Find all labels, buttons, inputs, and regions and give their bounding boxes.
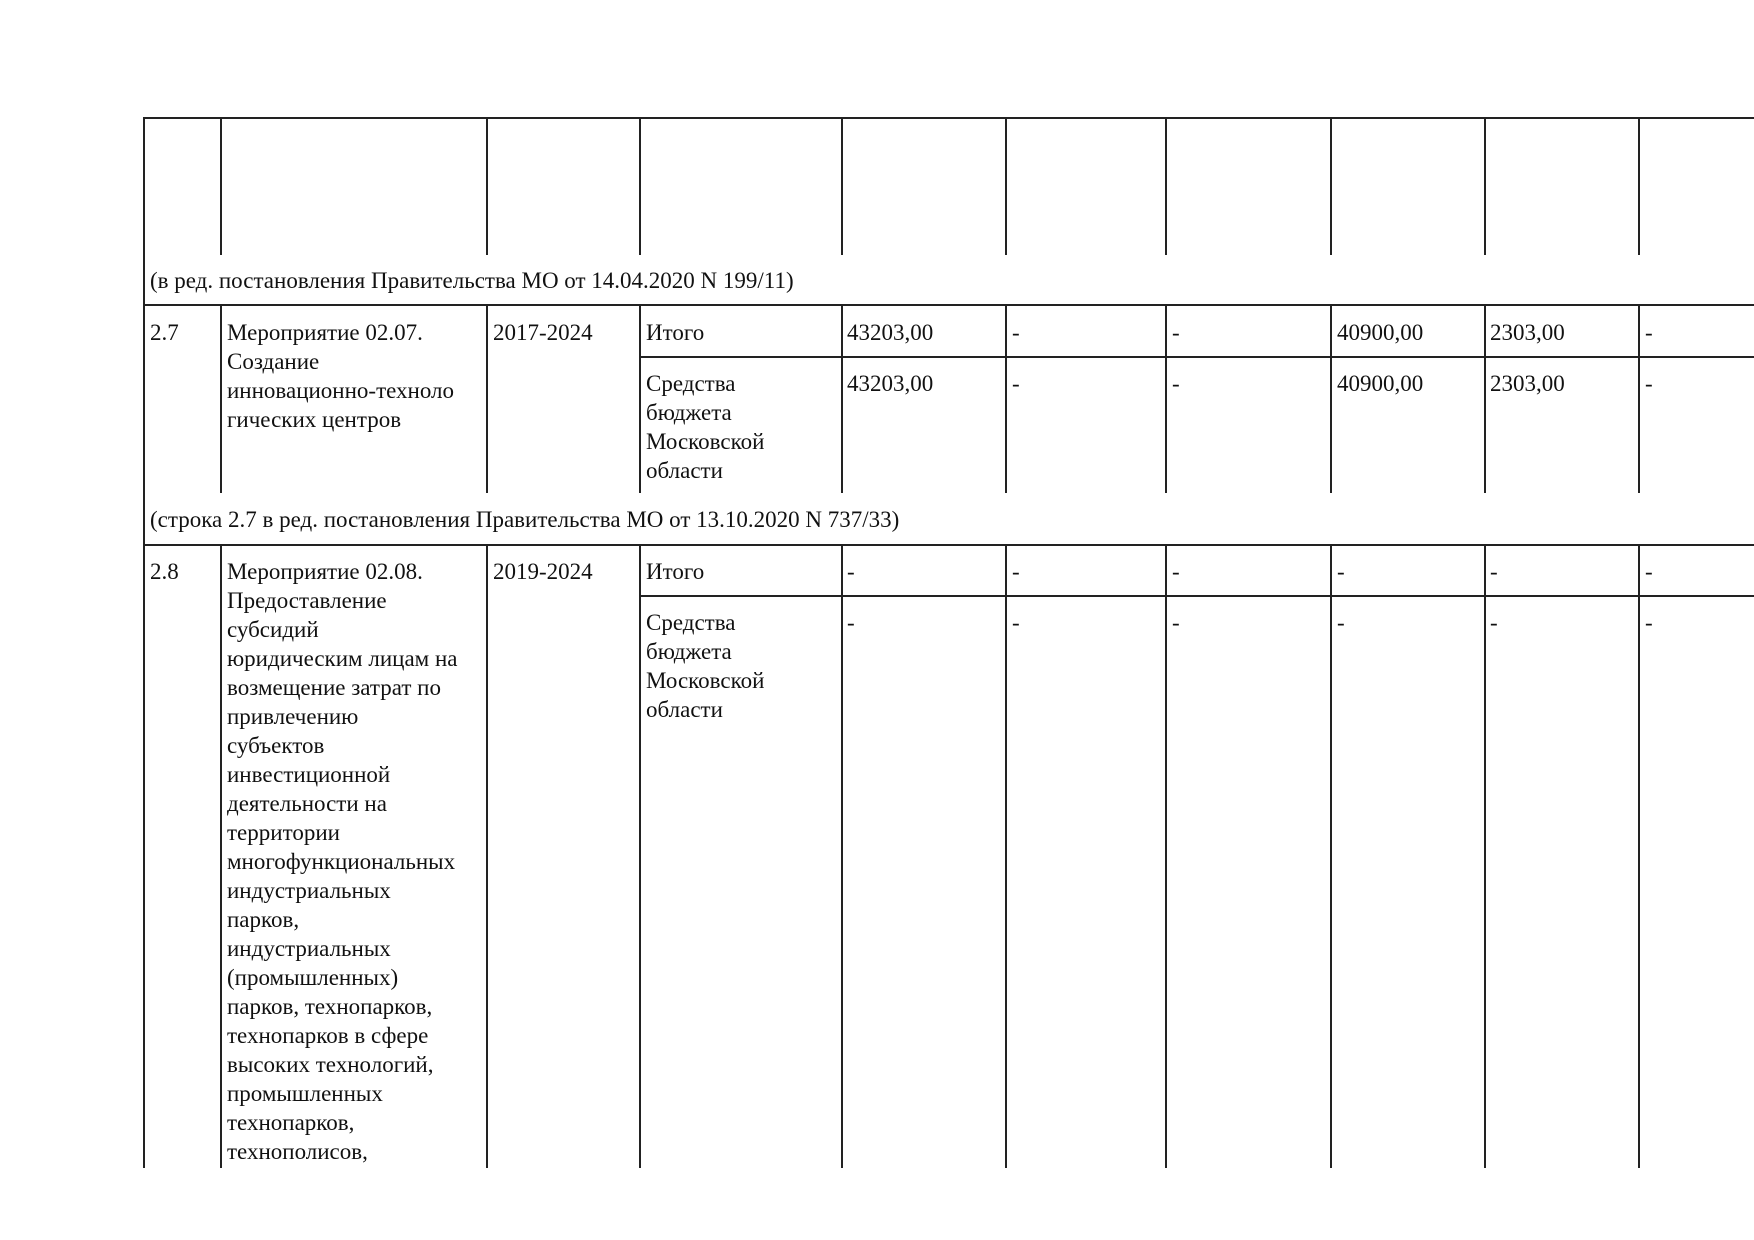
value-cell: 43203,00 bbox=[847, 318, 933, 347]
document-page: (в ред. постановления Правительства МО о… bbox=[0, 0, 1754, 1240]
value-cell: - bbox=[1645, 557, 1653, 586]
divider bbox=[220, 304, 222, 493]
divider bbox=[639, 544, 641, 1168]
activity-name: Мероприятие 02.07. Создание инновационно… bbox=[227, 318, 454, 434]
source-label: Итого bbox=[646, 557, 704, 586]
amendment-note: (строка 2.7 в ред. постановления Правите… bbox=[150, 505, 899, 534]
divider bbox=[1165, 544, 1167, 1168]
value-cell: - bbox=[1645, 608, 1653, 637]
value-cell: - bbox=[1490, 608, 1498, 637]
value-cell: 2303,00 bbox=[1490, 369, 1565, 398]
value-cell: - bbox=[1337, 608, 1345, 637]
value-cell: - bbox=[1012, 608, 1020, 637]
value-cell: - bbox=[1645, 369, 1653, 398]
divider bbox=[486, 544, 488, 1168]
source-label: Средства бюджета Московской области bbox=[646, 369, 764, 485]
divider bbox=[841, 304, 843, 493]
divider bbox=[841, 544, 843, 1168]
divider bbox=[1484, 544, 1486, 1168]
divider bbox=[1638, 304, 1640, 493]
value-cell: 43203,00 bbox=[847, 369, 933, 398]
value-cell: - bbox=[1490, 557, 1498, 586]
period: 2019-2024 bbox=[493, 557, 593, 586]
divider bbox=[1005, 304, 1007, 493]
divider bbox=[1330, 544, 1332, 1168]
value-cell: 2303,00 bbox=[1490, 318, 1565, 347]
value-cell: - bbox=[1337, 557, 1345, 586]
value-cell: - bbox=[1012, 318, 1020, 347]
value-cell: - bbox=[847, 608, 855, 637]
divider bbox=[1005, 117, 1007, 255]
divider bbox=[1005, 544, 1007, 1168]
period: 2017-2024 bbox=[493, 318, 593, 347]
divider bbox=[1484, 117, 1486, 255]
divider bbox=[486, 304, 488, 493]
divider bbox=[1638, 117, 1640, 255]
value-cell: - bbox=[1012, 557, 1020, 586]
value-cell: 40900,00 bbox=[1337, 318, 1423, 347]
divider bbox=[1165, 304, 1167, 493]
activity-name: Мероприятие 02.08. Предоставление субсид… bbox=[227, 557, 457, 1166]
divider bbox=[1638, 544, 1640, 1168]
divider bbox=[1165, 117, 1167, 255]
value-cell: - bbox=[1172, 557, 1180, 586]
value-cell: - bbox=[847, 557, 855, 586]
source-label: Средства бюджета Московской области bbox=[646, 608, 764, 724]
value-cell: 40900,00 bbox=[1337, 369, 1423, 398]
value-cell: - bbox=[1012, 369, 1020, 398]
row-number: 2.8 bbox=[150, 557, 179, 586]
value-cell: - bbox=[1172, 608, 1180, 637]
divider bbox=[639, 304, 641, 493]
divider bbox=[220, 117, 222, 255]
row-number: 2.7 bbox=[150, 318, 179, 347]
divider bbox=[220, 544, 222, 1168]
table-left-border bbox=[143, 117, 145, 1168]
value-cell: - bbox=[1172, 318, 1180, 347]
subrow-border bbox=[639, 356, 1754, 358]
divider bbox=[841, 117, 843, 255]
value-cell: - bbox=[1645, 318, 1653, 347]
divider bbox=[486, 117, 488, 255]
divider bbox=[1330, 117, 1332, 255]
subrow-border bbox=[639, 595, 1754, 597]
value-cell: - bbox=[1172, 369, 1180, 398]
source-label: Итого bbox=[646, 318, 704, 347]
table-top-border bbox=[143, 117, 1754, 119]
divider bbox=[1330, 304, 1332, 493]
row-border bbox=[143, 544, 1754, 546]
row-border bbox=[143, 304, 1754, 306]
divider bbox=[639, 117, 641, 255]
amendment-note: (в ред. постановления Правительства МО о… bbox=[150, 266, 794, 295]
divider bbox=[1484, 304, 1486, 493]
